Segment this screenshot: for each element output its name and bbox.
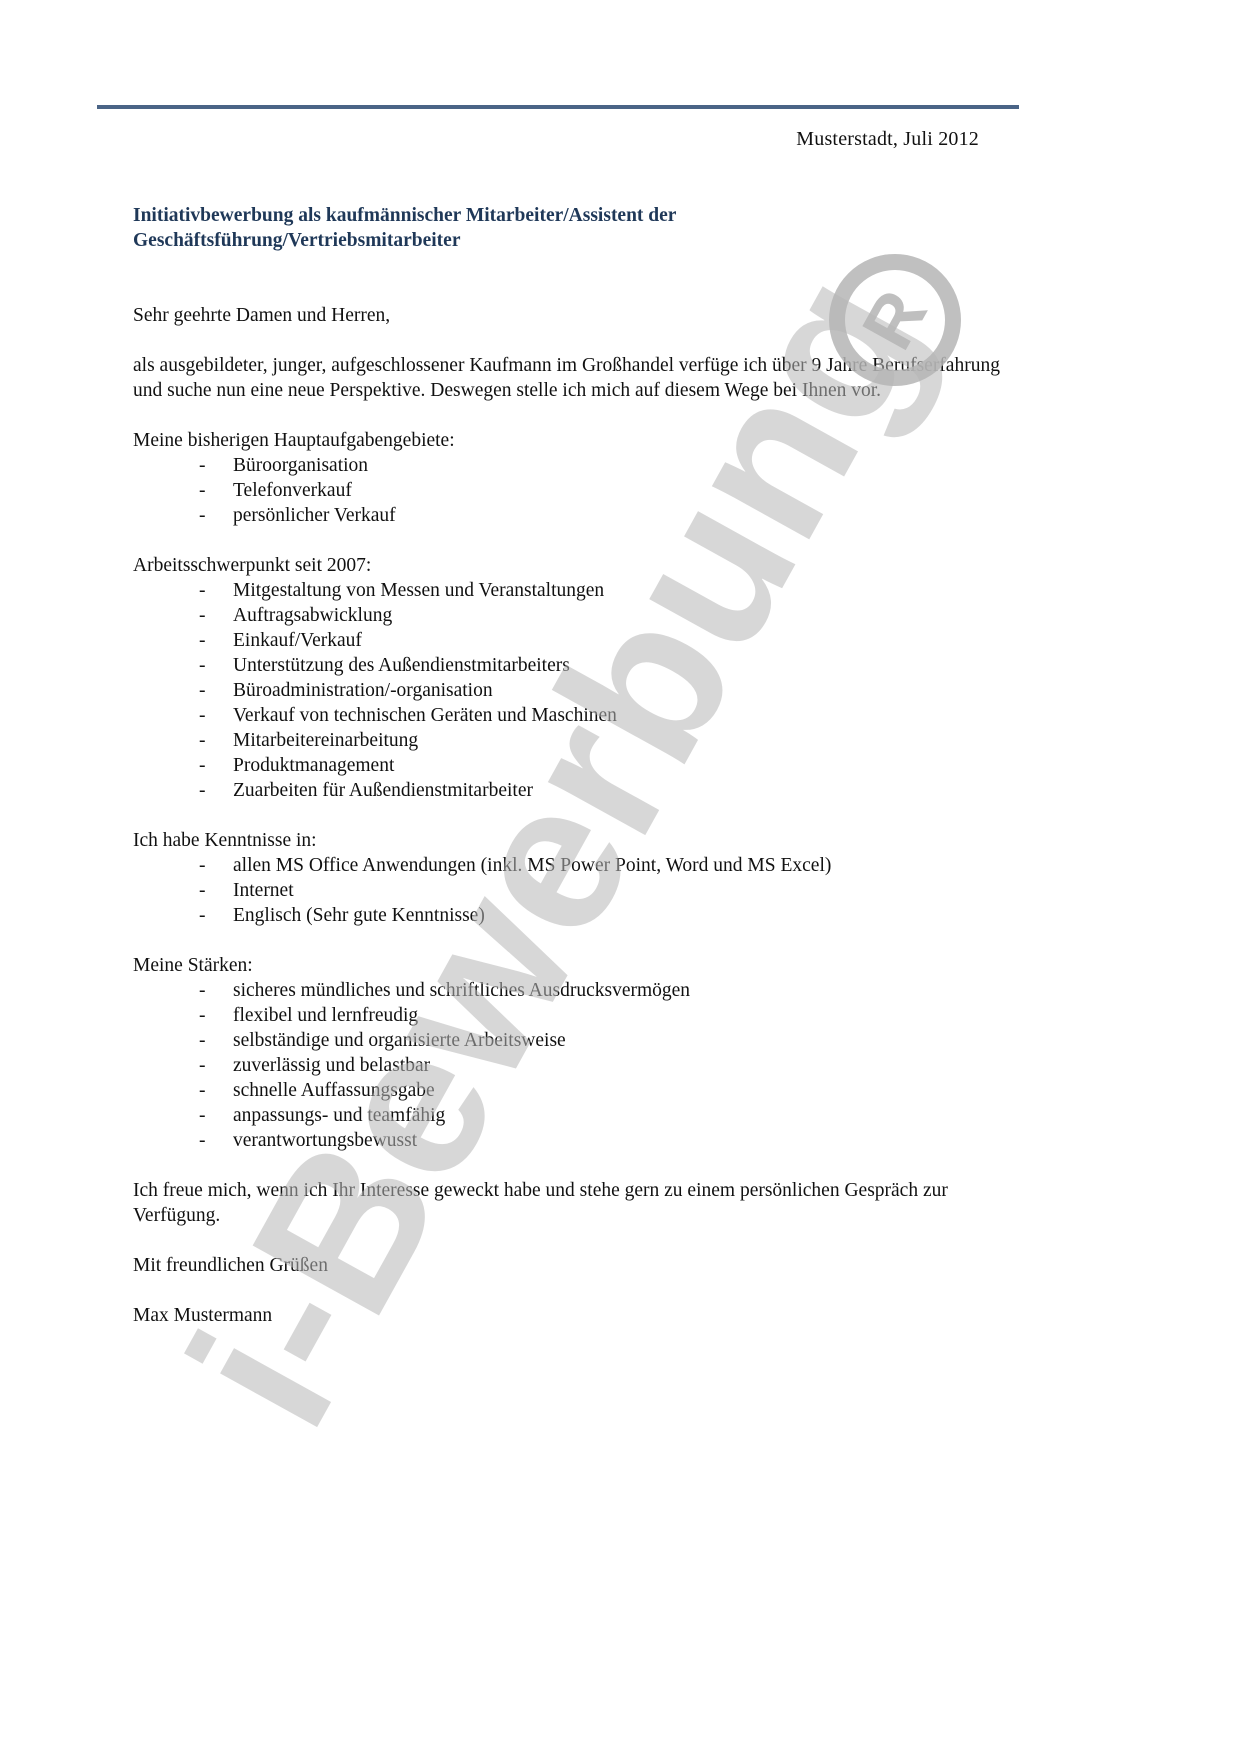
list-item: -Mitgestaltung von Messen und Veranstalt…: [133, 578, 1013, 603]
list-item: -zuverlässig und belastbar: [133, 1053, 1013, 1078]
section-heading: Arbeitsschwerpunkt seit 2007:: [133, 553, 1013, 578]
list-item: -selbständige und organisierte Arbeitswe…: [133, 1028, 1013, 1053]
list-item: -Unterstützung des Außendienstmitarbeite…: [133, 653, 1013, 678]
dash-marker: -: [199, 628, 206, 653]
list-item-text: schnelle Auffassungsgabe: [233, 1080, 435, 1101]
dash-marker: -: [199, 878, 206, 903]
signature: Max Mustermann: [133, 1303, 1013, 1328]
list-item-text: persönlicher Verkauf: [233, 505, 396, 526]
section-heading: Meine Stärken:: [133, 953, 1013, 978]
intro-paragraph: als ausgebildeter, junger, aufgeschlosse…: [133, 353, 1013, 403]
dash-marker: -: [199, 978, 206, 1003]
section: Arbeitsschwerpunkt seit 2007:-Mitgestalt…: [133, 553, 1013, 803]
dash-marker: -: [199, 703, 206, 728]
list-item-text: Produktmanagement: [233, 755, 394, 776]
list-item: -Englisch (Sehr gute Kenntnisse): [133, 903, 1013, 928]
list-item: -verantwortungsbewusst: [133, 1128, 1013, 1153]
list-item-text: Unterstützung des Außendienstmitarbeiter…: [233, 655, 570, 676]
sections: Meine bisherigen Hauptaufgabengebiete:-B…: [133, 428, 1013, 1153]
list-item: -Mitarbeitereinarbeitung: [133, 728, 1013, 753]
list-item-text: selbständige und organisierte Arbeitswei…: [233, 1030, 566, 1051]
bullet-list: -Büroorganisation-Telefonverkauf-persönl…: [133, 453, 1013, 528]
dash-marker: -: [199, 1103, 206, 1128]
list-item-text: allen MS Office Anwendungen (inkl. MS Po…: [233, 855, 831, 876]
dash-marker: -: [199, 1053, 206, 1078]
list-item: -Verkauf von technischen Geräten und Mas…: [133, 703, 1013, 728]
list-item-text: Verkauf von technischen Geräten und Masc…: [233, 705, 617, 726]
list-item-text: Mitgestaltung von Messen und Veranstaltu…: [233, 580, 604, 601]
section: Meine bisherigen Hauptaufgabengebiete:-B…: [133, 428, 1013, 528]
list-item-text: Einkauf/Verkauf: [233, 630, 362, 651]
subject-line: Geschäftsführung/Vertriebsmitarbeiter: [133, 228, 933, 253]
dash-marker: -: [199, 753, 206, 778]
list-item: -Büroorganisation: [133, 453, 1013, 478]
list-item-text: Auftragsabwicklung: [233, 605, 392, 626]
dash-marker: -: [199, 853, 206, 878]
section: Ich habe Kenntnisse in:-allen MS Office …: [133, 828, 1013, 928]
dash-marker: -: [199, 653, 206, 678]
list-item-text: Büroorganisation: [233, 455, 368, 476]
letter-body: Sehr geehrte Damen und Herren, als ausge…: [133, 303, 1013, 1353]
list-item: -Zuarbeiten für Außendienstmitarbeiter: [133, 778, 1013, 803]
dash-marker: -: [199, 603, 206, 628]
list-item-text: Mitarbeitereinarbeitung: [233, 730, 418, 751]
list-item: -persönlicher Verkauf: [133, 503, 1013, 528]
dash-marker: -: [199, 578, 206, 603]
list-item: -Auftragsabwicklung: [133, 603, 1013, 628]
dash-marker: -: [199, 728, 206, 753]
dash-marker: -: [199, 478, 206, 503]
dash-marker: -: [199, 453, 206, 478]
dash-marker: -: [199, 678, 206, 703]
bullet-list: -allen MS Office Anwendungen (inkl. MS P…: [133, 853, 1013, 928]
list-item: -schnelle Auffassungsgabe: [133, 1078, 1013, 1103]
list-item: -Produktmanagement: [133, 753, 1013, 778]
dash-marker: -: [199, 1128, 206, 1153]
salutation: Sehr geehrte Damen und Herren,: [133, 303, 1013, 328]
list-item-text: anpassungs- und teamfähig: [233, 1105, 445, 1126]
dash-marker: -: [199, 903, 206, 928]
list-item: -sicheres mündliches und schriftliches A…: [133, 978, 1013, 1003]
list-item-text: Zuarbeiten für Außendienstmitarbeiter: [233, 780, 533, 801]
list-item-text: verantwortungsbewusst: [233, 1130, 417, 1151]
bullet-list: -Mitgestaltung von Messen und Veranstalt…: [133, 578, 1013, 803]
bullet-list: -sicheres mündliches und schriftliches A…: [133, 978, 1013, 1153]
list-item-text: zuverlässig und belastbar: [233, 1055, 430, 1076]
list-item: -Telefonverkauf: [133, 478, 1013, 503]
section-heading: Ich habe Kenntnisse in:: [133, 828, 1013, 853]
list-item: -Internet: [133, 878, 1013, 903]
header-rule: [97, 105, 1019, 109]
dash-marker: -: [199, 503, 206, 528]
list-item-text: flexibel und lernfreudig: [233, 1005, 418, 1026]
dash-marker: -: [199, 1028, 206, 1053]
list-item: -Büroadministration/-organisation: [133, 678, 1013, 703]
list-item: -Einkauf/Verkauf: [133, 628, 1013, 653]
dash-marker: -: [199, 1003, 206, 1028]
list-item: -allen MS Office Anwendungen (inkl. MS P…: [133, 853, 1013, 878]
closing: Mit freundlichen Grüßen: [133, 1253, 1013, 1278]
list-item: -anpassungs- und teamfähig: [133, 1103, 1013, 1128]
list-item-text: Büroadministration/-organisation: [233, 680, 493, 701]
date-line: Musterstadt, Juli 2012: [796, 128, 979, 151]
subject-heading: Initiativbewerbung als kaufmännischer Mi…: [133, 203, 933, 253]
list-item-text: sicheres mündliches und schriftliches Au…: [233, 980, 690, 1001]
list-item-text: Internet: [233, 880, 294, 901]
list-item: -flexibel und lernfreudig: [133, 1003, 1013, 1028]
dash-marker: -: [199, 778, 206, 803]
subject-line: Initiativbewerbung als kaufmännischer Mi…: [133, 203, 933, 228]
list-item-text: Telefonverkauf: [233, 480, 352, 501]
dash-marker: -: [199, 1078, 206, 1103]
list-item-text: Englisch (Sehr gute Kenntnisse): [233, 905, 485, 926]
section-heading: Meine bisherigen Hauptaufgabengebiete:: [133, 428, 1013, 453]
section: Meine Stärken:-sicheres mündliches und s…: [133, 953, 1013, 1153]
closing-paragraph: Ich freue mich, wenn ich Ihr Interesse g…: [133, 1178, 1013, 1228]
